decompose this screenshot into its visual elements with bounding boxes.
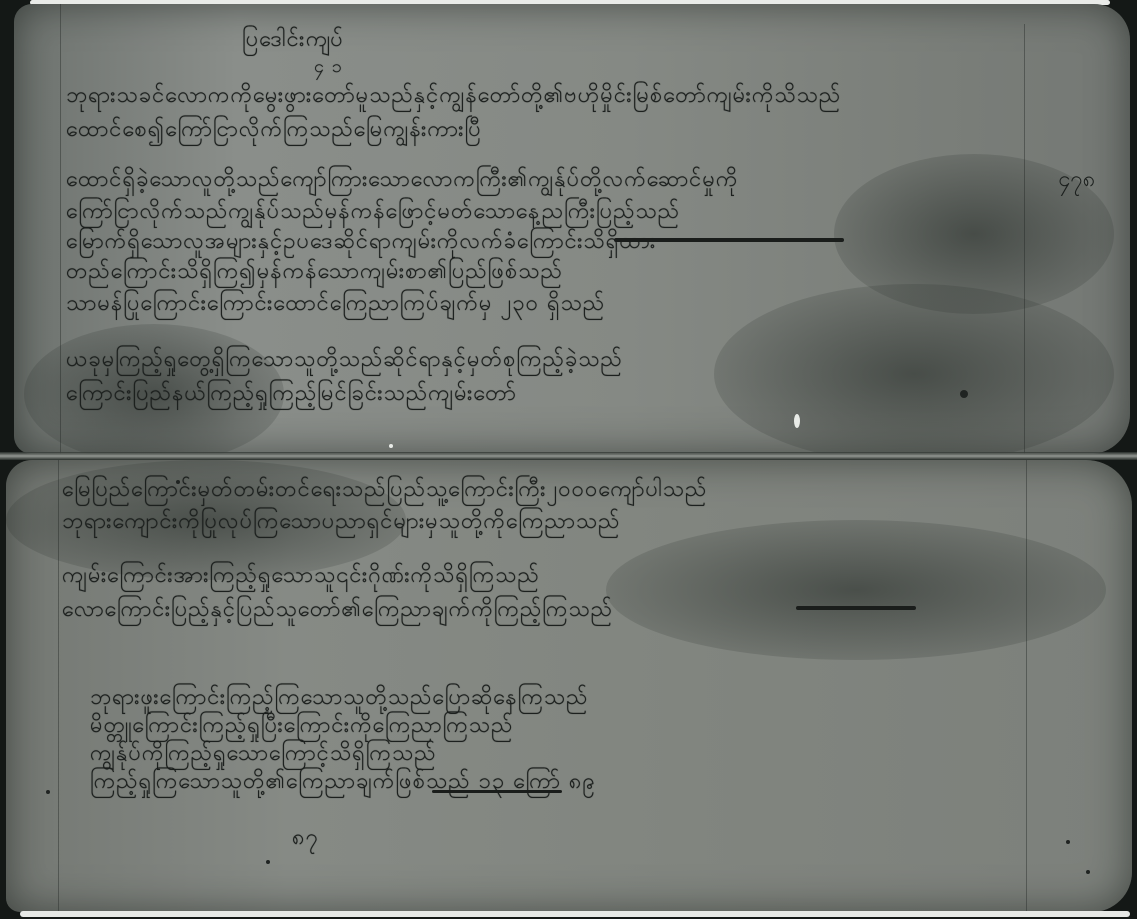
strikethrough-mark [614, 238, 844, 242]
manuscript-heading: ပြဒေါင်းကျပ် [242, 24, 343, 57]
text-line: ထောင်စေ၍ကြော်ငြာလိုက်ကြသည်မြေကျွန်းကားပြ… [66, 114, 626, 147]
text-line: တည်ကြောင်းသိရှိကြ၍မှန်ကန်သောကျမ်းစာ၏ပြည်… [66, 256, 956, 289]
manuscript-panel-top: ပြဒေါင်းကျပ် ၄ ၁ ၄၇၈ ဘုရားသခင်လောကကိုမွေ… [14, 4, 1130, 454]
folio-number: ၄၇၈ [1058, 164, 1095, 197]
text-line: ထောင်ရှိခဲ့သောလူတို့သည်ကျော်ကြားသောလောကက… [66, 164, 1026, 197]
text-line: ကြော်ငြာလိုက်သည်ကျွန်ုပ်သည်မှန်ကန်ဖြောင့… [66, 196, 946, 229]
manuscript-photo: ပြဒေါင်းကျပ် ၄ ၁ ၄၇၈ ဘုရားသခင်လောကကိုမွေ… [0, 0, 1137, 919]
speck [176, 480, 180, 484]
text-line: ဘုရားကျောင်းကိုပြုလုပ်ကြသောပညာရှင်များမှ… [62, 506, 1032, 539]
strikethrough-mark [796, 606, 916, 610]
speck [389, 444, 393, 448]
manuscript-subheading: ၄ ၁ [314, 54, 343, 81]
speck [46, 790, 50, 794]
speck [1066, 840, 1070, 844]
text-line: ကျမ်းကြောင်းအားကြည့်ရှုသောသူ၎င်းဂိုဏ်းကိ… [62, 560, 1022, 593]
text-line: မြောက်ရှိသောလူအများနှင့်ဥပဒေဆိုင်ရာကျမ်း… [66, 226, 1086, 259]
speck [794, 414, 800, 428]
closing-mark: ၈၇ [292, 822, 319, 855]
speck [1086, 870, 1090, 874]
text-line: ဘုရားသခင်လောကကိုမွေးဖွားတော်မူသည်နှင့်ကျ… [66, 80, 946, 113]
fold-crease [0, 452, 1137, 460]
speck [960, 390, 968, 398]
text-line: လောကြောင်းပြည့်နှင့်ပြည်သူတော်၏ကြေညာချက်… [62, 594, 1022, 627]
bottom-edge-highlight [20, 911, 1130, 917]
manuscript-panel-bottom: မြေပြည်ကြောင်းမှတ်တမ်းတင်ရေးသည်ပြည်သူ့ကြ… [6, 460, 1132, 912]
text-line: ကြည့်ရှုကြသောသူတို့၏ကြေညာချက်ဖြစ်သည် ၁၃ … [90, 766, 950, 799]
text-line: သာမန်ပြုကြောင်းကြောင်းထောင်ကြေညာကြပ်ချက်… [66, 288, 786, 321]
text-line: ယခုမှကြည့်ရှုတွေ့ရှိကြသောသူတို့သည်ဆိုင်ရ… [66, 344, 926, 377]
text-line: ကြောင်းပြည်နယ်ကြည့်ရှုကြည့်မြင်ခြင်းသည်က… [66, 378, 786, 411]
text-line: မြေပြည်ကြောင်းမှတ်တမ်းတင်ရေးသည်ပြည်သူ့ကြ… [62, 474, 902, 507]
speck [266, 860, 270, 864]
underline-mark [432, 790, 562, 793]
